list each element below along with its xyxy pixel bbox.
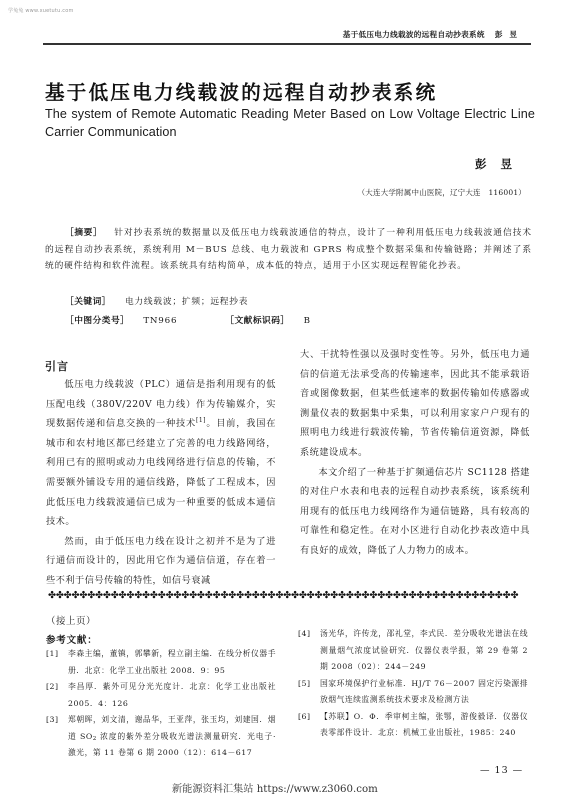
reference-item: [5]国家环境保护行业标准．HJ/T 76－2007 固定污染源排放烟气连续监测… <box>298 676 528 709</box>
intro-paragraph-2: 然而，由于低压电力线在设计之初并不是为了进行通信而设计的，因此用它作为通信信道，… <box>46 532 276 591</box>
abstract-text: 针对抄表系统的数据量以及低压电力线载波通信的特点，设计了一种利用低压电力线载波通… <box>45 228 532 271</box>
classification-value: TN966 <box>143 316 177 326</box>
intro-paragraph-1: 低压电力线载波（PLC）通信是指利用现有的低压配电线（380V/220V 电力线… <box>46 375 276 532</box>
keywords-row: ［关键词］电力线载波；扩频；远程抄表 <box>65 295 248 307</box>
author-name: 彭昱 <box>475 156 526 172</box>
references-heading: 参考文献： <box>46 632 98 646</box>
continued-from-previous: （接上页） <box>46 613 96 627</box>
doc-code-label: ［文献标识码］ <box>225 316 289 326</box>
classification-label: ［中图分类号］ <box>65 316 129 326</box>
reference-number: [1] <box>46 646 59 663</box>
body-column-right: 大、干扰特性强以及强时变性等。另外，低压电力通信的信道无法承受高的传输速率，因此… <box>300 345 530 561</box>
reference-text: 汤光华，许传龙，邵礼堂，李式民．差分吸收光谱法在线测量烟气浓度试验研究．仪器仪表… <box>320 629 528 671</box>
reference-number: [6] <box>298 709 311 726</box>
running-head-title: 基于低压电力线载波的远程自动抄表系统 <box>343 30 485 39</box>
doc-code-value: B <box>304 316 311 326</box>
abstract: ［摘要］针对抄表系统的数据量以及低压电力线载波通信的特点，设计了一种利用低压电力… <box>45 225 532 275</box>
references-list-left: [1]李森主编，董镇，郭攀新，程立副主编．在线分析仪器手册．北京：化学工业出版社… <box>46 646 276 762</box>
watermark-bottom: 新能源资料汇集站 https://www.z3060.com <box>172 780 378 795</box>
reference-number: [4] <box>298 626 311 643</box>
reference-number: [3] <box>46 712 59 729</box>
reference-text: 李森主编，董镇，郭攀新，程立副主编．在线分析仪器手册．北京：化学工业出版社 20… <box>68 649 276 675</box>
paper-title-english: The system of Remote Automatic Reading M… <box>45 105 535 141</box>
reference-item: [1]李森主编，董镇，郭攀新，程立副主编．在线分析仪器手册．北京：化学工业出版社… <box>46 646 276 679</box>
header-rule <box>43 43 531 45</box>
watermark-top: 学兔兔 www.xuetutu.com <box>8 7 74 14</box>
intro-paragraph-3: 本文介绍了一种基于扩频通信芯片 SC1128 搭建的对住户水表和电表的远程自动抄… <box>300 463 530 561</box>
citation-1: [1] <box>196 417 206 424</box>
classification-row: ［中图分类号］TN966［文献标识码］B <box>65 314 311 326</box>
paper-title-chinese: 基于低压电力线载波的远程自动抄表系统 <box>45 77 437 105</box>
ornamental-divider: ✤✤✤✤✤✤✤✤✤✤✤✤✤✤✤✤✤✤✤✤✤✤✤✤✤✤✤✤✤✤✤✤✤✤✤✤✤✤✤✤… <box>48 590 530 602</box>
intro-paragraph-2-continued: 大、干扰特性强以及强时变性等。另外，低压电力通信的信道无法承受高的传输速率，因此… <box>300 345 530 463</box>
intro-paragraph-1-after: 。目前，我国在城市和农村地区都已经建立了完善的电力线路网络，利用已有的照明或动力… <box>46 418 276 527</box>
reference-number: [5] <box>298 676 311 693</box>
reference-text-continued: 浓度的紫外差分吸收光谱法测量研究．光电子·激光，第 11 卷第 6 期 2000… <box>68 732 276 758</box>
page-number: — 13 — <box>480 765 523 776</box>
reference-text: 【苏联】O．Φ．季审柯主编，张鄂，游俊毅译．仪器仪表零部件设计．北京：机械工业出… <box>320 712 528 738</box>
reference-text: 李昌厚．紫外可见分光光度计．北京：化学工业出版社 2005．4：126 <box>68 682 276 708</box>
reference-item: [6]【苏联】O．Φ．季审柯主编，张鄂，游俊毅译．仪器仪表零部件设计．北京：机械… <box>298 709 528 742</box>
author-affiliation: （大连大学附属中山医院，辽宁大连 116001） <box>358 187 526 198</box>
keywords-value: 电力线载波；扩频；远程抄表 <box>125 297 248 307</box>
reference-number: [2] <box>46 679 59 696</box>
reference-text: 国家环境保护行业标准．HJ/T 76－2007 固定污染源排放烟气连续监测系统技… <box>320 679 528 705</box>
keywords-label: ［关键词］ <box>65 297 111 307</box>
abstract-label: ［摘要］ <box>65 228 102 238</box>
reference-item: [2]李昌厚．紫外可见分光光度计．北京：化学工业出版社 2005．4：126 <box>46 679 276 712</box>
reference-item: [3]郑朝晖，刘文清，谢品华，王亚萍，张玉均，刘建国．烟道 SO2 浓度的紫外差… <box>46 712 276 762</box>
body-column-left: 低压电力线载波（PLC）通信是指利用现有的低压配电线（380V/220V 电力线… <box>46 375 276 591</box>
reference-item: [4]汤光华，许传龙，邵礼堂，李式民．差分吸收光谱法在线测量烟气浓度试验研究．仪… <box>298 626 528 676</box>
running-head-author: 彭昱 <box>495 30 524 39</box>
section-heading-introduction: 引言 <box>45 358 69 374</box>
references-list-right: [4]汤光华，许传龙，邵礼堂，李式民．差分吸收光谱法在线测量烟气浓度试验研究．仪… <box>298 626 528 742</box>
running-head: 基于低压电力线载波的远程自动抄表系统彭昱 <box>343 29 524 40</box>
